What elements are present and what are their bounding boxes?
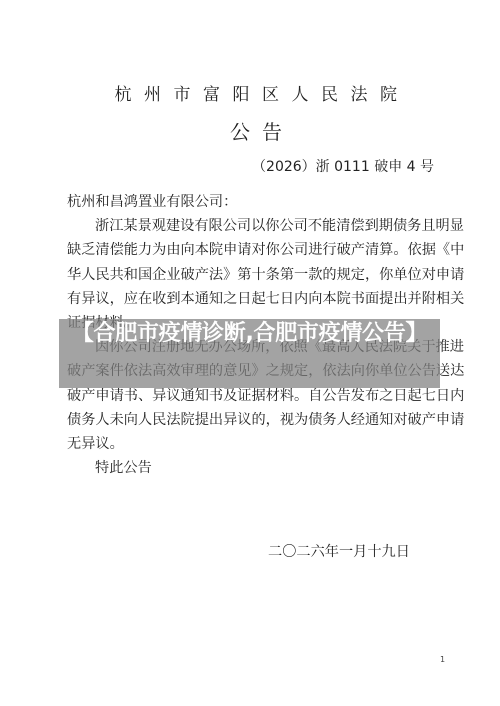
notice-title: 公告 [0, 119, 500, 145]
paragraph-1-line-2: 缺乏清偿能力为由向本院申请对你公司进行破产清算。依据《中 [67, 238, 447, 262]
closing-statement: 特此公告 [67, 456, 447, 480]
overlay-title-text: 【合肥市疫情诊断,合肥市疫情公告】 [59, 322, 440, 346]
case-number: （2026）浙 0111 破申 4 号 [252, 158, 434, 176]
addressee: 杭州和昌鸿置业有限公司： [67, 190, 447, 214]
overlay-title-banner: 【合肥市疫情诊断,合肥市疫情公告】 [59, 319, 440, 388]
notice-date: 二〇二六年一月十九日 [268, 542, 410, 562]
paragraph-1-line-4: 有异议，应在收到本通知之日起七日内向本院书面提出并附相关 [67, 287, 447, 311]
paragraph-1-line-3: 华人民共和国企业破产法》第十条第一款的规定，你单位对申请 [67, 263, 447, 287]
paragraph-2-line-5: 无异议。 [67, 432, 447, 456]
page-number: 1 [440, 655, 445, 664]
paragraph-1-line-1: 浙江某景观建设有限公司以你公司不能清偿到期债务且明显 [67, 214, 447, 238]
court-name-heading: 杭州市富阳区人民法院 [0, 84, 500, 106]
paragraph-2-line-4: 债务人未向人民法院提出异议的，视为债务人经通知对破产申请 [67, 408, 447, 432]
